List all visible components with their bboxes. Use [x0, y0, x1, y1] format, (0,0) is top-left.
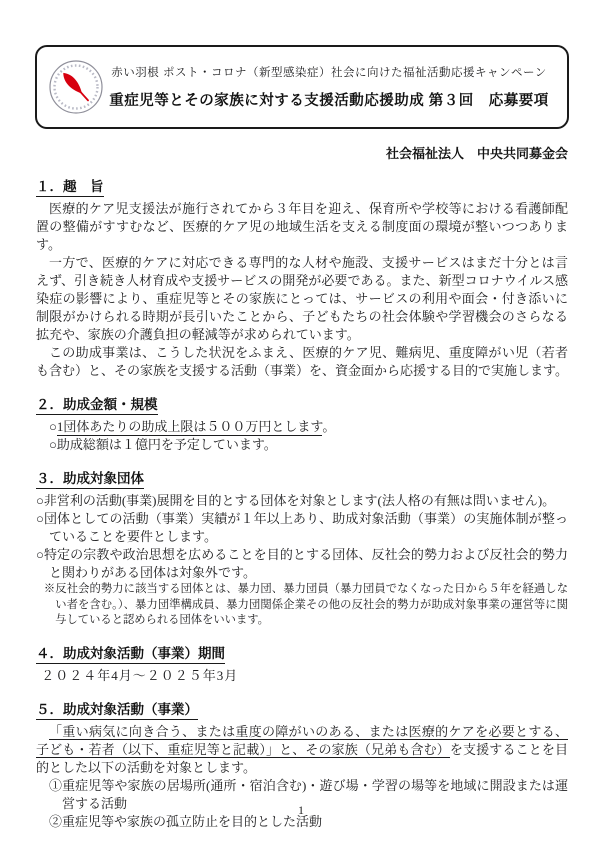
- section-period-heading-text: ４．助成対象活動（事業）期間: [36, 642, 225, 664]
- section-eligible-orgs-heading: ３．助成対象団体: [36, 467, 568, 489]
- eligible-orgs-item-1: ○非営利の活動(事業)展開を目的とする団体を対象とします(法人格の有無は問いませ…: [36, 492, 568, 510]
- document-page: 赤い羽根 ポスト・コロナ（新型感染症）社会に向けた福祉活動応援キャンペーン 重症…: [0, 0, 602, 850]
- section-eligible-orgs-heading-text: ３．助成対象団体: [36, 467, 144, 489]
- section-period-heading: ４．助成対象活動（事業）期間: [36, 642, 568, 664]
- purpose-paragraph-2: 一方で、医療的ケアに対応できる専門的な人材や施設、支援サービスはまだ十分とは言え…: [36, 254, 568, 344]
- document-title: 重症児等とその家族に対する支援活動応援助成 第３回 応募要項: [105, 89, 553, 110]
- purpose-paragraph-3: この助成事業は、こうした状況をふまえ、医療的ケア児、難病児、重度障がい児（若者も…: [36, 344, 568, 380]
- section-purpose-heading-text: １．趣 旨: [36, 175, 104, 197]
- section-amount: ２．助成金額・規模 ○1団体あたりの助成上限は５００万円とします。 ○助成総額は…: [36, 393, 568, 454]
- red-feather-seal-icon: [47, 58, 105, 116]
- amount-item-1: ○1団体あたりの助成上限は５００万円とします。: [36, 418, 568, 436]
- activities-lead: 「重い病気に向き合う、または重度の障がいのある、または医療的ケアを必要とする、子…: [36, 723, 568, 777]
- section-amount-heading: ２．助成金額・規模: [36, 393, 568, 415]
- period-value: ２０２４年4月～２０２５年3月: [36, 667, 568, 685]
- section-purpose: １．趣 旨 医療的ケア児支援法が施行されてから３年目を迎え、保育所や学校等におけ…: [36, 175, 568, 380]
- eligible-orgs-item-2: ○団体としての活動（事業）実績が１年以上あり、助成対象活動（事業）の実施体制が整…: [36, 510, 568, 546]
- amount-item-1-period: 。: [322, 419, 335, 434]
- section-activities-heading-text: ５．助成対象活動（事業）: [36, 698, 198, 720]
- purpose-paragraph-1: 医療的ケア児支援法が施行されてから３年目を迎え、保育所や学校等における看護師配置…: [36, 200, 568, 254]
- page-number: 1: [0, 803, 602, 818]
- section-purpose-heading: １．趣 旨: [36, 175, 568, 197]
- header-text: 赤い羽根 ポスト・コロナ（新型感染症）社会に向けた福祉活動応援キャンペーン 重症…: [105, 64, 553, 110]
- section-activities-heading: ５．助成対象活動（事業）: [36, 698, 568, 720]
- section-eligible-orgs: ３．助成対象団体 ○非営利の活動(事業)展開を目的とする団体を対象とします(法人…: [36, 467, 568, 629]
- organization-name: 社会福祉法人 中央共同募金会: [0, 143, 568, 162]
- amount-item-1-bullet: ○: [49, 419, 57, 434]
- eligible-orgs-note: ※反社会的勢力に該当する団体とは、暴力団、暴力団員（暴力団員でなくなった日から５…: [44, 582, 568, 629]
- campaign-line: 赤い羽根 ポスト・コロナ（新型感染症）社会に向けた福祉活動応援キャンペーン: [105, 64, 553, 80]
- amount-item-1-underlined: 1団体あたりの助成上限は５００万円とします: [57, 419, 322, 436]
- eligible-orgs-item-3: ○特定の宗教や政治思想を広めることを目的とする団体、反社会的勢力および反社会的勢…: [36, 546, 568, 582]
- title-box: 赤い羽根 ポスト・コロナ（新型感染症）社会に向けた福祉活動応援キャンペーン 重症…: [35, 45, 569, 129]
- section-amount-heading-text: ２．助成金額・規模: [36, 393, 158, 415]
- amount-item-2: ○助成総額は１億円を予定しています。: [36, 436, 568, 454]
- section-period: ４．助成対象活動（事業）期間 ２０２４年4月～２０２５年3月: [36, 642, 568, 685]
- document-body: １．趣 旨 医療的ケア児支援法が施行されてから３年目を迎え、保育所や学校等におけ…: [0, 175, 602, 831]
